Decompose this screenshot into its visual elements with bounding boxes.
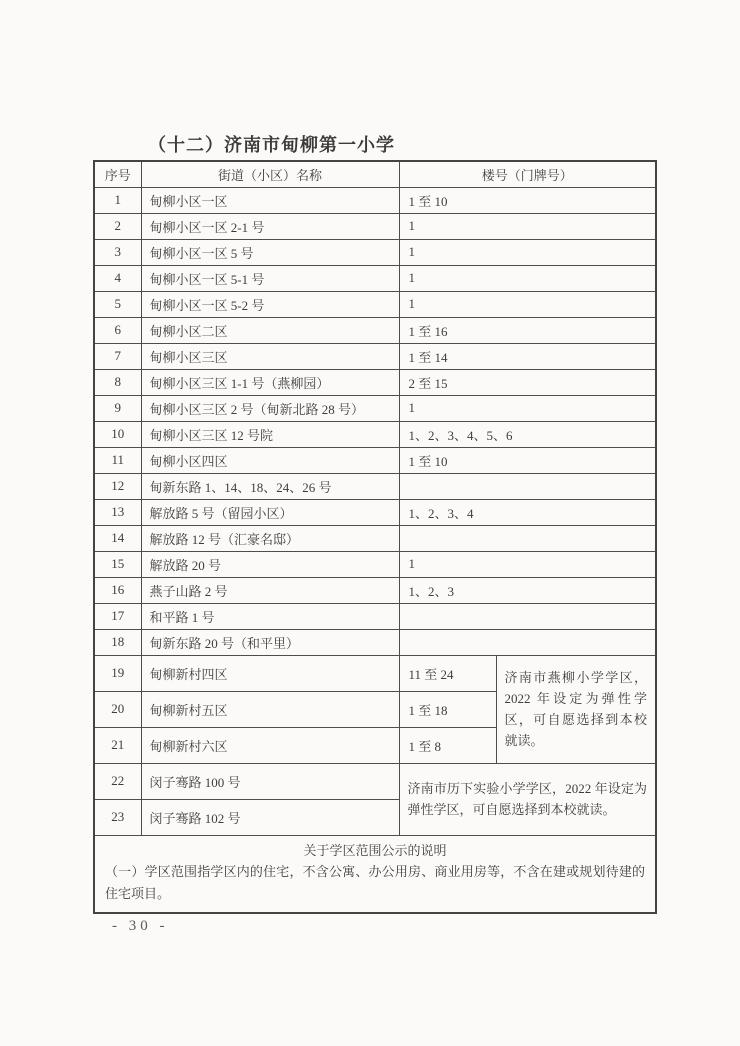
row-seq: 9 [94, 395, 141, 421]
row-seq: 5 [94, 291, 141, 317]
row-buildings: 1 至 18 [399, 691, 496, 727]
row-seq: 4 [94, 265, 141, 291]
row-name: 甸柳新村六区 [141, 727, 399, 763]
footer-row: 关于学区范围公示的说明 （一）学区范围指学区内的住宅，不含公寓、办公用房、商业用… [94, 835, 656, 913]
footer-body: （一）学区范围指学区内的住宅，不含公寓、办公用房、商业用房等，不含在建或规划待建… [105, 861, 645, 905]
table-row: 11甸柳小区四区1 至 10 [94, 447, 656, 473]
row-seq: 20 [94, 691, 141, 727]
table-row: 13解放路 5 号（留园小区）1、2、3、4 [94, 499, 656, 525]
row-seq: 3 [94, 239, 141, 265]
footer-heading: 关于学区范围公示的说明 [105, 841, 645, 862]
table-row: 3甸柳小区一区 5 号1 [94, 239, 656, 265]
row-name: 甸柳小区三区 1-1 号（燕柳园） [141, 369, 399, 395]
header-seq: 序号 [94, 161, 141, 187]
row-seq: 1 [94, 187, 141, 213]
row-name: 甸柳小区一区 5 号 [141, 239, 399, 265]
row-name: 和平路 1 号 [141, 603, 399, 629]
row-buildings: 1 [399, 395, 656, 421]
row-name: 甸新东路 1、14、18、24、26 号 [141, 473, 399, 499]
row-seq: 15 [94, 551, 141, 577]
school-district-table: 序号 街道（小区）名称 楼号（门牌号） 1甸柳小区一区1 至 102甸柳小区一区… [93, 160, 657, 914]
table-footer: 关于学区范围公示的说明 （一）学区范围指学区内的住宅，不含公寓、办公用房、商业用… [94, 835, 656, 913]
row-name: 解放路 12 号（汇豪名邸） [141, 525, 399, 551]
table-row: 2甸柳小区一区 2-1 号1 [94, 213, 656, 239]
row-buildings: 1 [399, 265, 656, 291]
table-row: 6甸柳小区二区1 至 16 [94, 317, 656, 343]
table-row: 15解放路 20 号1 [94, 551, 656, 577]
row-buildings: 1 至 16 [399, 317, 656, 343]
row-buildings: 1、2、3 [399, 577, 656, 603]
row-name: 甸柳小区三区 2 号（甸新北路 28 号） [141, 395, 399, 421]
row-seq: 17 [94, 603, 141, 629]
row-name: 甸柳小区二区 [141, 317, 399, 343]
row-seq: 11 [94, 447, 141, 473]
row-seq: 12 [94, 473, 141, 499]
row-name: 甸柳小区一区 2-1 号 [141, 213, 399, 239]
row-name: 甸柳小区一区 [141, 187, 399, 213]
row-buildings: 1 至 10 [399, 187, 656, 213]
row-buildings: 1 至 14 [399, 343, 656, 369]
district-note-cell: 济南市燕柳小学学区，2022 年设定为弹性学区，可自愿选择到本校就读。 [496, 655, 656, 763]
row-seq: 16 [94, 577, 141, 603]
row-name: 甸柳小区三区 12 号院 [141, 421, 399, 447]
row-buildings: 1 [399, 551, 656, 577]
row-buildings: 1 至 8 [399, 727, 496, 763]
row-buildings [399, 629, 656, 655]
row-name: 甸柳小区三区 [141, 343, 399, 369]
table-row: 16燕子山路 2 号1、2、3 [94, 577, 656, 603]
row-name: 甸柳小区四区 [141, 447, 399, 473]
row-buildings: 1 [399, 213, 656, 239]
row-seq: 21 [94, 727, 141, 763]
row-seq: 23 [94, 799, 141, 835]
row-seq: 22 [94, 763, 141, 799]
row-name: 解放路 20 号 [141, 551, 399, 577]
row-buildings: 2 至 15 [399, 369, 656, 395]
table-row: 12甸新东路 1、14、18、24、26 号 [94, 473, 656, 499]
row-name: 甸新东路 20 号（和平里） [141, 629, 399, 655]
table-row: 22闵子骞路 100 号济南市历下实验小学学区，2022 年设定为弹性学区，可自… [94, 763, 656, 799]
row-seq: 2 [94, 213, 141, 239]
row-seq: 19 [94, 655, 141, 691]
row-name: 甸柳新村五区 [141, 691, 399, 727]
row-name: 解放路 5 号（留园小区） [141, 499, 399, 525]
table-row: 1甸柳小区一区1 至 10 [94, 187, 656, 213]
header-name: 街道（小区）名称 [141, 161, 399, 187]
row-buildings [399, 473, 656, 499]
footer-cell: 关于学区范围公示的说明 （一）学区范围指学区内的住宅，不含公寓、办公用房、商业用… [94, 835, 656, 913]
row-seq: 13 [94, 499, 141, 525]
district-note-cell: 济南市历下实验小学学区，2022 年设定为弹性学区，可自愿选择到本校就读。 [399, 763, 656, 835]
row-buildings: 1 [399, 239, 656, 265]
row-seq: 8 [94, 369, 141, 395]
row-buildings: 1 至 10 [399, 447, 656, 473]
row-buildings: 1、2、3、4 [399, 499, 656, 525]
row-buildings [399, 603, 656, 629]
header-row: 序号 街道（小区）名称 楼号（门牌号） [94, 161, 656, 187]
row-buildings: 11 至 24 [399, 655, 496, 691]
row-buildings [399, 525, 656, 551]
table-header: 序号 街道（小区）名称 楼号（门牌号） [94, 161, 656, 187]
table-row: 10甸柳小区三区 12 号院1、2、3、4、5、6 [94, 421, 656, 447]
row-name: 甸柳新村四区 [141, 655, 399, 691]
row-buildings: 1、2、3、4、5、6 [399, 421, 656, 447]
row-seq: 10 [94, 421, 141, 447]
table-row: 14解放路 12 号（汇豪名邸） [94, 525, 656, 551]
table-row: 5甸柳小区一区 5-2 号1 [94, 291, 656, 317]
row-seq: 14 [94, 525, 141, 551]
table-row: 19甸柳新村四区11 至 24济南市燕柳小学学区，2022 年设定为弹性学区，可… [94, 655, 656, 691]
header-buildings: 楼号（门牌号） [399, 161, 656, 187]
row-seq: 18 [94, 629, 141, 655]
table-row: 9甸柳小区三区 2 号（甸新北路 28 号）1 [94, 395, 656, 421]
row-name: 燕子山路 2 号 [141, 577, 399, 603]
row-buildings: 1 [399, 291, 656, 317]
document-page: { "section": { "title": "（十二）济南市甸柳第一小学" … [0, 0, 740, 1046]
row-seq: 7 [94, 343, 141, 369]
section-title: （十二）济南市甸柳第一小学 [148, 131, 395, 157]
row-name: 甸柳小区一区 5-1 号 [141, 265, 399, 291]
table-row: 4甸柳小区一区 5-1 号1 [94, 265, 656, 291]
table-body: 1甸柳小区一区1 至 102甸柳小区一区 2-1 号13甸柳小区一区 5 号14… [94, 187, 656, 835]
table-row: 17和平路 1 号 [94, 603, 656, 629]
table-row: 8甸柳小区三区 1-1 号（燕柳园）2 至 15 [94, 369, 656, 395]
row-name: 闵子骞路 100 号 [141, 763, 399, 799]
row-name: 甸柳小区一区 5-2 号 [141, 291, 399, 317]
table-row: 7甸柳小区三区1 至 14 [94, 343, 656, 369]
row-seq: 6 [94, 317, 141, 343]
page-number: - 30 - [112, 918, 169, 935]
row-name: 闵子骞路 102 号 [141, 799, 399, 835]
table-row: 18甸新东路 20 号（和平里） [94, 629, 656, 655]
